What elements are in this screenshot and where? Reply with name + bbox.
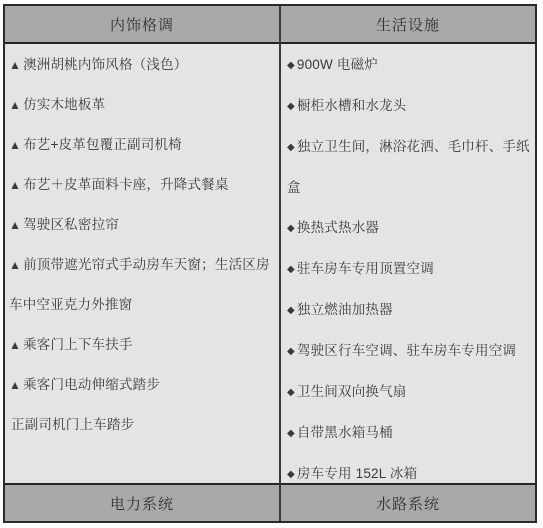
diamond-bullet-icon: ◆: [287, 305, 295, 316]
triangle-bullet-icon: ▲: [9, 378, 21, 392]
feature-text: 自带黑水箱马桶: [297, 425, 393, 440]
feature-item: 正副司机门上车踏步: [9, 405, 279, 445]
feature-item: ◆橱柜水槽和水龙头: [287, 86, 535, 127]
feature-item: ▲前顶带遮光帘式手动房车天窗；生活区房车中空亚克力外推窗: [9, 245, 279, 325]
triangle-bullet-icon: ▲: [9, 178, 21, 192]
feature-text: 橱柜水槽和水龙头: [297, 98, 407, 113]
triangle-bullet-icon: ▲: [9, 338, 21, 352]
feature-text: 乘客门上下车扶手: [23, 337, 133, 352]
feature-text: 独立卫生间，淋浴花洒、毛巾杆、手纸盒: [287, 139, 530, 195]
rv-spec-table: 内饰格调 ▲澳洲胡桃内饰风格（浅色） ▲仿实木地板革 ▲布艺+皮革包覆正副司机椅: [3, 4, 537, 523]
column-interior-style: 内饰格调 ▲澳洲胡桃内饰风格（浅色） ▲仿实木地板革 ▲布艺+皮革包覆正副司机椅: [5, 6, 281, 521]
feature-item: ◆驻车房车专用顶置空调: [287, 249, 535, 290]
feature-text: 澳洲胡桃内饰风格（浅色）: [23, 57, 187, 72]
feature-item: ◆独立燃油加热器: [287, 290, 535, 331]
living-facilities-header: 生活设施: [281, 6, 535, 44]
feature-item: ◆换热式热水器: [287, 208, 535, 249]
feature-text: 乘客门电动伸缩式踏步: [23, 377, 160, 392]
feature-item: ◆驾驶区行车空调、驻车房车专用空调: [287, 331, 535, 372]
feature-text: 布艺+皮革包覆正副司机椅: [23, 137, 182, 152]
feature-text: 仿实木地板革: [23, 97, 105, 112]
diamond-bullet-icon: ◆: [287, 142, 295, 153]
diamond-bullet-icon: ◆: [287, 264, 295, 275]
feature-item: ◆卫生间双向换气扇: [287, 372, 535, 413]
feature-item: ▲布艺+皮革包覆正副司机椅: [9, 125, 279, 165]
interior-style-header: 内饰格调: [5, 6, 279, 44]
feature-item: ▲乘客门上下车扶手: [9, 325, 279, 365]
diamond-bullet-icon: ◆: [287, 469, 295, 480]
diamond-bullet-icon: ◆: [287, 346, 295, 357]
triangle-bullet-icon: ▲: [9, 58, 21, 72]
diamond-bullet-icon: ◆: [287, 223, 295, 234]
column-living-facilities: 生活设施 ◆900W 电磁炉 ◆橱柜水槽和水龙头 ◆独立卫生间，淋浴花洒、毛巾杆…: [281, 6, 535, 521]
feature-text: 驾驶区私密拉帘: [23, 217, 119, 232]
power-system-header: 电力系统: [5, 483, 279, 521]
feature-text: 布艺＋皮革面料卡座，升降式餐桌: [23, 177, 229, 192]
triangle-bullet-icon: ▲: [9, 98, 21, 112]
feature-text: 900W 电磁炉: [297, 57, 378, 72]
feature-item: ▲布艺＋皮革面料卡座，升降式餐桌: [9, 165, 279, 205]
interior-style-item-list: ▲澳洲胡桃内饰风格（浅色） ▲仿实木地板革 ▲布艺+皮革包覆正副司机椅 ▲布艺＋…: [5, 44, 279, 483]
feature-text: 独立燃油加热器: [297, 302, 393, 317]
feature-text: 房车专用 152L 冰箱: [297, 466, 417, 481]
diamond-bullet-icon: ◆: [287, 101, 295, 112]
feature-item: ◆独立卫生间，淋浴花洒、毛巾杆、手纸盒: [287, 127, 535, 208]
feature-text: 卫生间双向换气扇: [297, 384, 407, 399]
feature-item: ▲乘客门电动伸缩式踏步: [9, 365, 279, 405]
diamond-bullet-icon: ◆: [287, 428, 295, 439]
feature-item: ▲驾驶区私密拉帘: [9, 205, 279, 245]
feature-text: 正副司机门上车踏步: [11, 417, 134, 432]
feature-text: 换热式热水器: [297, 220, 379, 235]
feature-item: ◆900W 电磁炉: [287, 45, 535, 86]
feature-text: 前顶带遮光帘式手动房车天窗；生活区房车中空亚克力外推窗: [9, 257, 270, 312]
spec-sheet-page: 内饰格调 ▲澳洲胡桃内饰风格（浅色） ▲仿实木地板革 ▲布艺+皮革包覆正副司机椅: [0, 0, 543, 528]
diamond-bullet-icon: ◆: [287, 387, 295, 398]
feature-item: ◆自带黑水箱马桶: [287, 413, 535, 454]
feature-text: 驻车房车专用顶置空调: [297, 261, 434, 276]
living-facilities-item-list: ◆900W 电磁炉 ◆橱柜水槽和水龙头 ◆独立卫生间，淋浴花洒、毛巾杆、手纸盒 …: [281, 44, 535, 483]
feature-text: 驾驶区行车空调、驻车房车专用空调: [297, 343, 516, 358]
triangle-bullet-icon: ▲: [9, 258, 21, 272]
feature-item: ▲澳洲胡桃内饰风格（浅色）: [9, 45, 279, 85]
water-system-header: 水路系统: [281, 483, 535, 521]
triangle-bullet-icon: ▲: [9, 218, 21, 232]
feature-item: ▲仿实木地板革: [9, 85, 279, 125]
feature-item: ◆房车专用 152L 冰箱: [287, 454, 535, 483]
diamond-bullet-icon: ◆: [287, 60, 295, 71]
triangle-bullet-icon: ▲: [9, 138, 21, 152]
